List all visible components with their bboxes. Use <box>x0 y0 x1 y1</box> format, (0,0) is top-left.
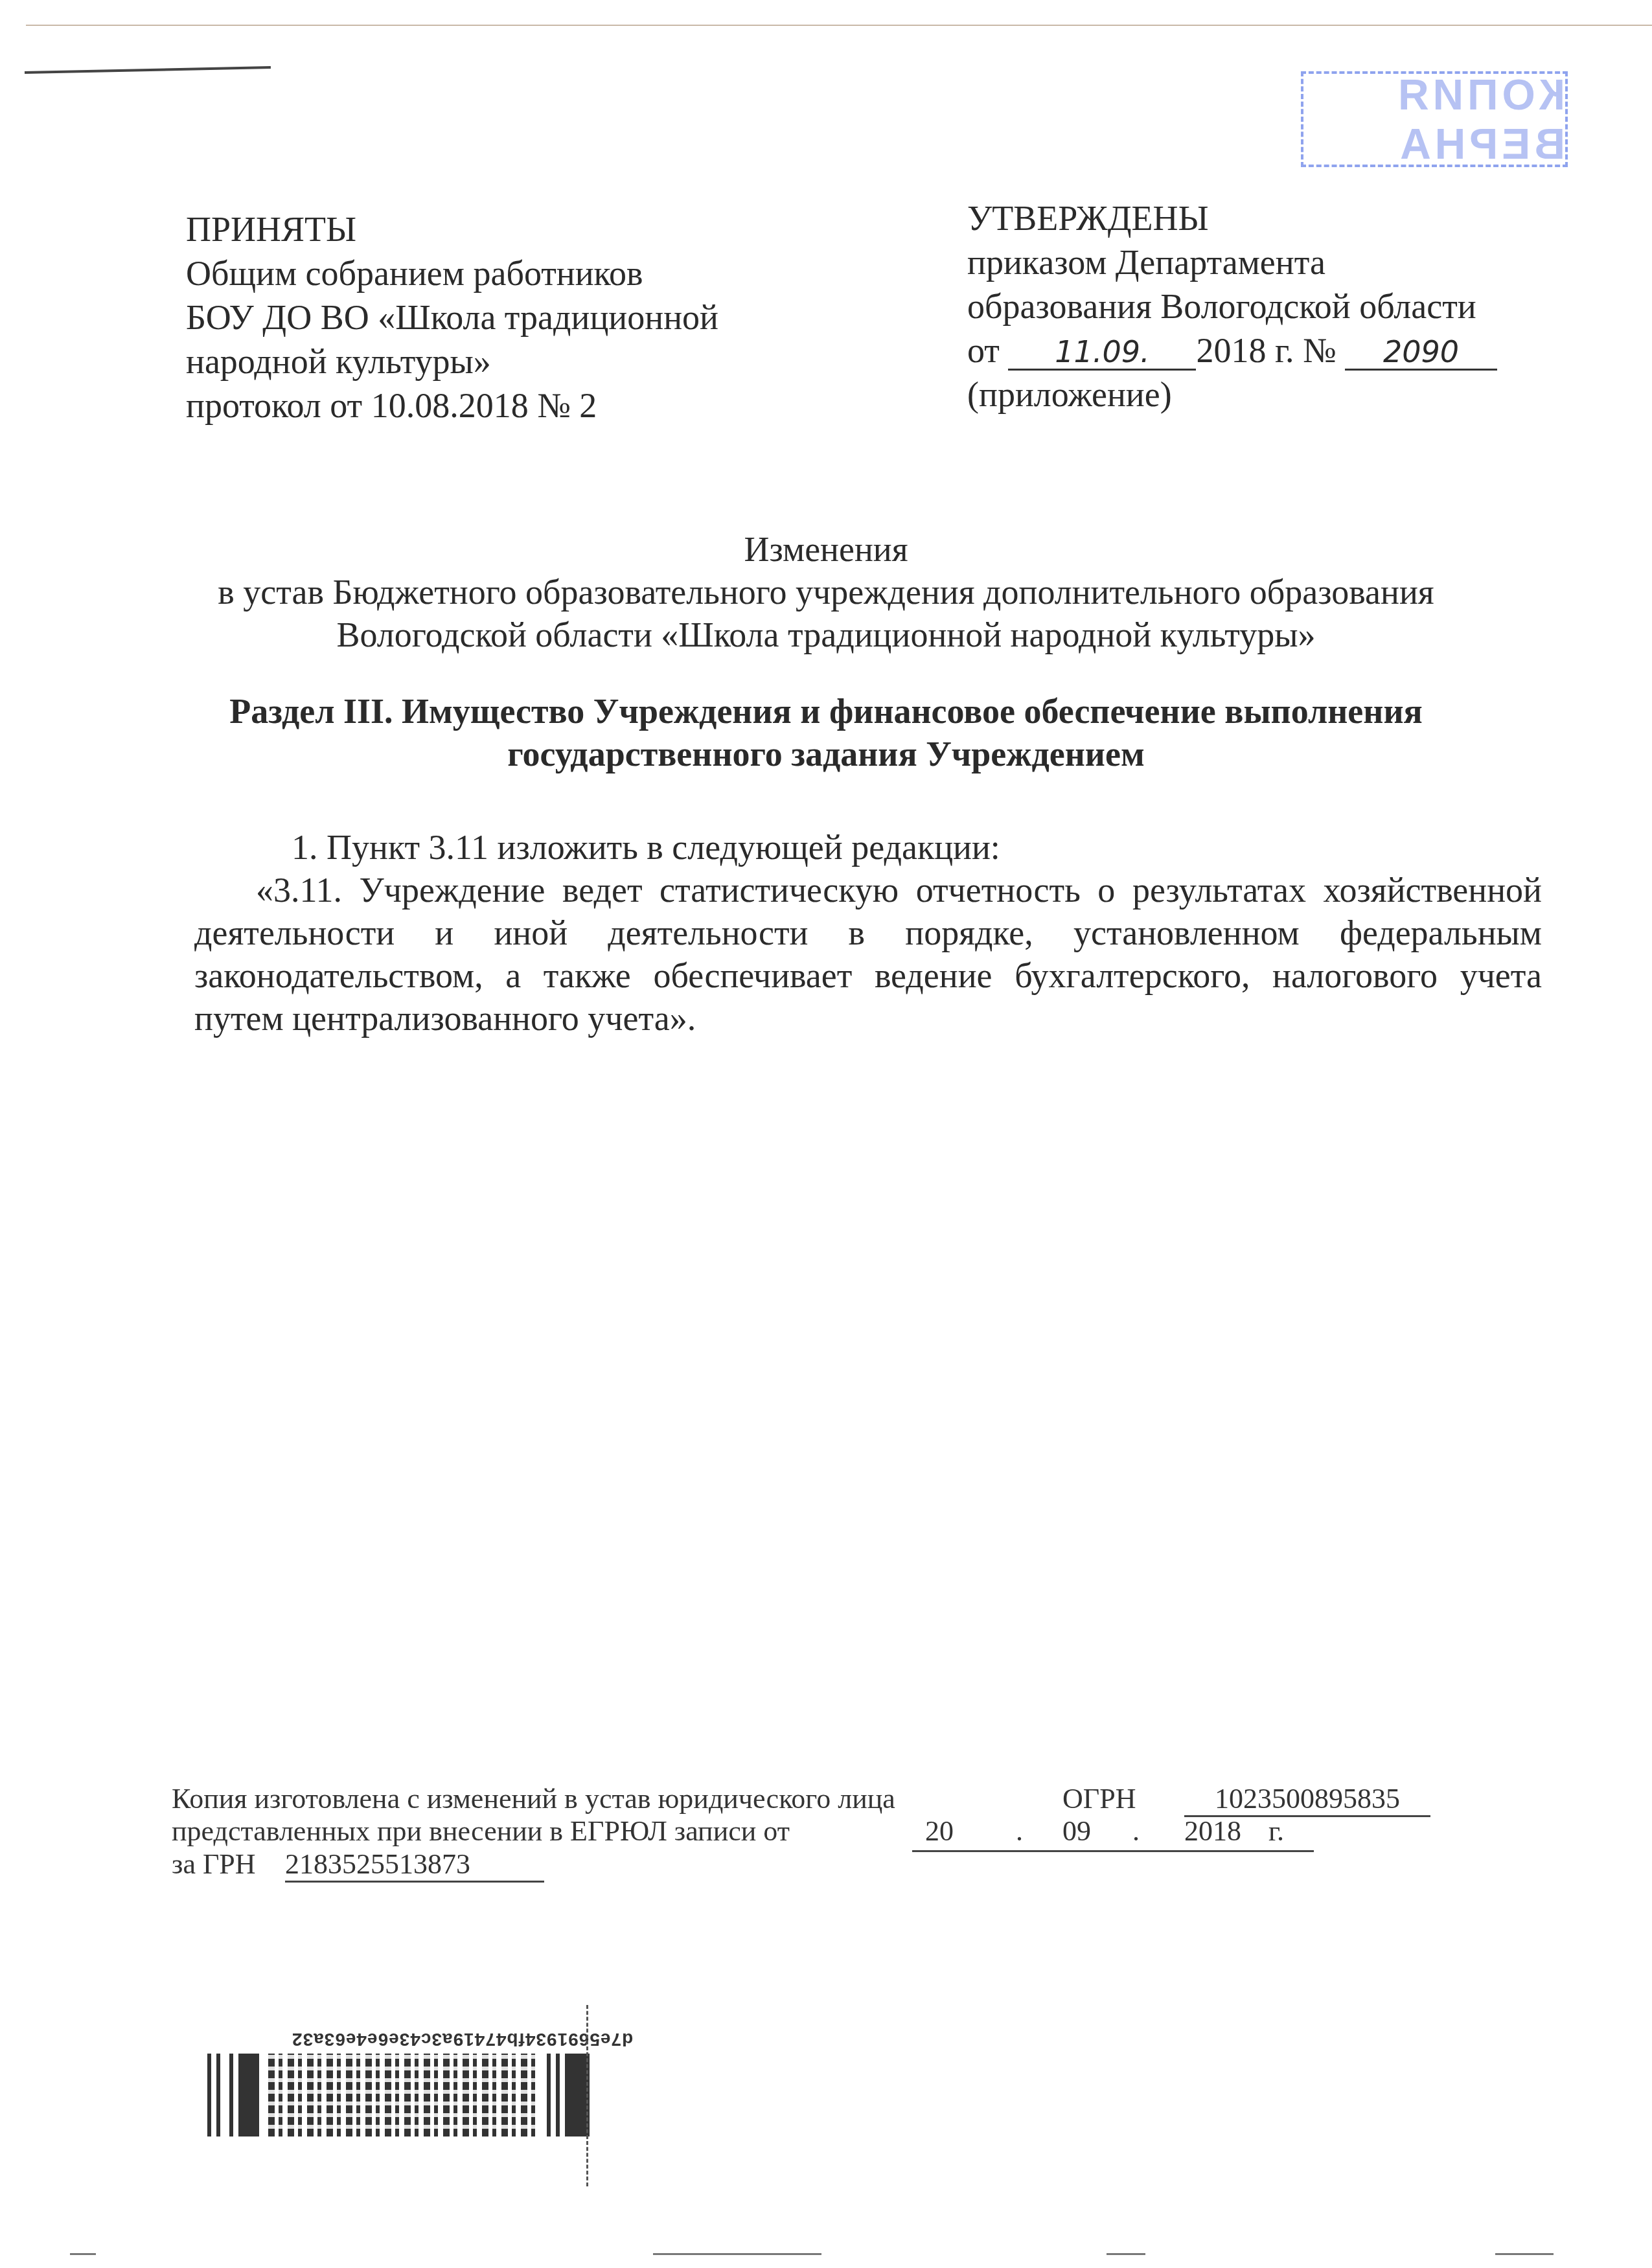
date-sep: . <box>1016 1815 1023 1848</box>
ogrn-value: 1023500895835 <box>1184 1783 1430 1817</box>
date-sep: . <box>1132 1815 1140 1848</box>
approved-line: образования Вологодской области <box>967 284 1615 328</box>
stamp-text: КОПИЯ ВЕРНА <box>1303 70 1565 168</box>
grn-value: 2183525513873 <box>285 1848 544 1883</box>
year-text: 2018 г. № <box>1196 331 1336 370</box>
approved-appendix: (приложение) <box>967 372 1615 417</box>
accepted-line: народной культуры» <box>186 339 834 384</box>
cut-line <box>586 2005 588 2186</box>
certified-copy-stamp: КОПИЯ ВЕРНА <box>1301 71 1568 167</box>
amendment-item: 1. Пункт 3.11 изложить в следующей редак… <box>194 826 1542 869</box>
pdf417-barcode <box>207 2054 590 2136</box>
date-month: 09 <box>1062 1815 1091 1848</box>
registration-line: Копия изготовлена с изменений в устав юр… <box>172 1783 895 1815</box>
document-title: Изменения в устав Бюджетного образовател… <box>130 528 1522 656</box>
accepted-heading: ПРИНЯТЫ <box>186 207 834 251</box>
date-day: 20 <box>925 1815 954 1848</box>
ogrn-label: ОГРН <box>1062 1783 1136 1815</box>
amendment-body: 1. Пункт 3.11 изложить в следующей редак… <box>194 826 1542 1040</box>
scan-slant-line <box>25 66 271 74</box>
accepted-protocol: протокол от 10.08.2018 № 2 <box>186 384 834 428</box>
grn-label: за ГРН <box>172 1848 256 1881</box>
section-line: Раздел III. Имущество Учреждения и финан… <box>130 690 1522 733</box>
scan-bottom-marks <box>70 2253 1625 2255</box>
title-line: в устав Бюджетного образовательного учре… <box>130 571 1522 613</box>
title-line: Вологодской области «Школа традиционной … <box>130 613 1522 656</box>
title-line: Изменения <box>130 528 1522 571</box>
registration-date: 20 . 09 . 2018 г. <box>912 1815 1314 1852</box>
approved-heading: УТВЕРЖДЕНЫ <box>967 196 1615 240</box>
scan-edge-line <box>26 25 1652 26</box>
accepted-line: Общим собранием работников <box>186 251 834 295</box>
barcode-caption: d7e5691934fb47419a3c43e6e4e63a32 <box>292 2029 633 2050</box>
registration-line: представленных при внесении в ЕГРЮЛ запи… <box>172 1815 790 1848</box>
section-heading: Раздел III. Имущество Учреждения и финан… <box>130 690 1522 775</box>
section-line: государственного задания Учреждением <box>130 733 1522 775</box>
handwritten-order-number: 2090 <box>1345 335 1497 371</box>
accepted-block: ПРИНЯТЫ Общим собранием работников БОУ Д… <box>186 207 834 428</box>
amendment-paragraph: «3.11. Учреждение ведет статистическую о… <box>194 869 1542 1040</box>
approved-line: приказом Департамента <box>967 240 1615 284</box>
approved-order-line: от 11.09.2018 г. № 2090 <box>967 328 1615 372</box>
date-suffix: г. <box>1268 1815 1284 1848</box>
from-label: от <box>967 331 1000 370</box>
approved-block: УТВЕРЖДЕНЫ приказом Департамента образов… <box>967 196 1615 417</box>
date-year: 2018 <box>1184 1815 1241 1848</box>
accepted-line: БОУ ДО ВО «Школа традиционной <box>186 295 834 339</box>
handwritten-date: 11.09. <box>1008 335 1196 371</box>
